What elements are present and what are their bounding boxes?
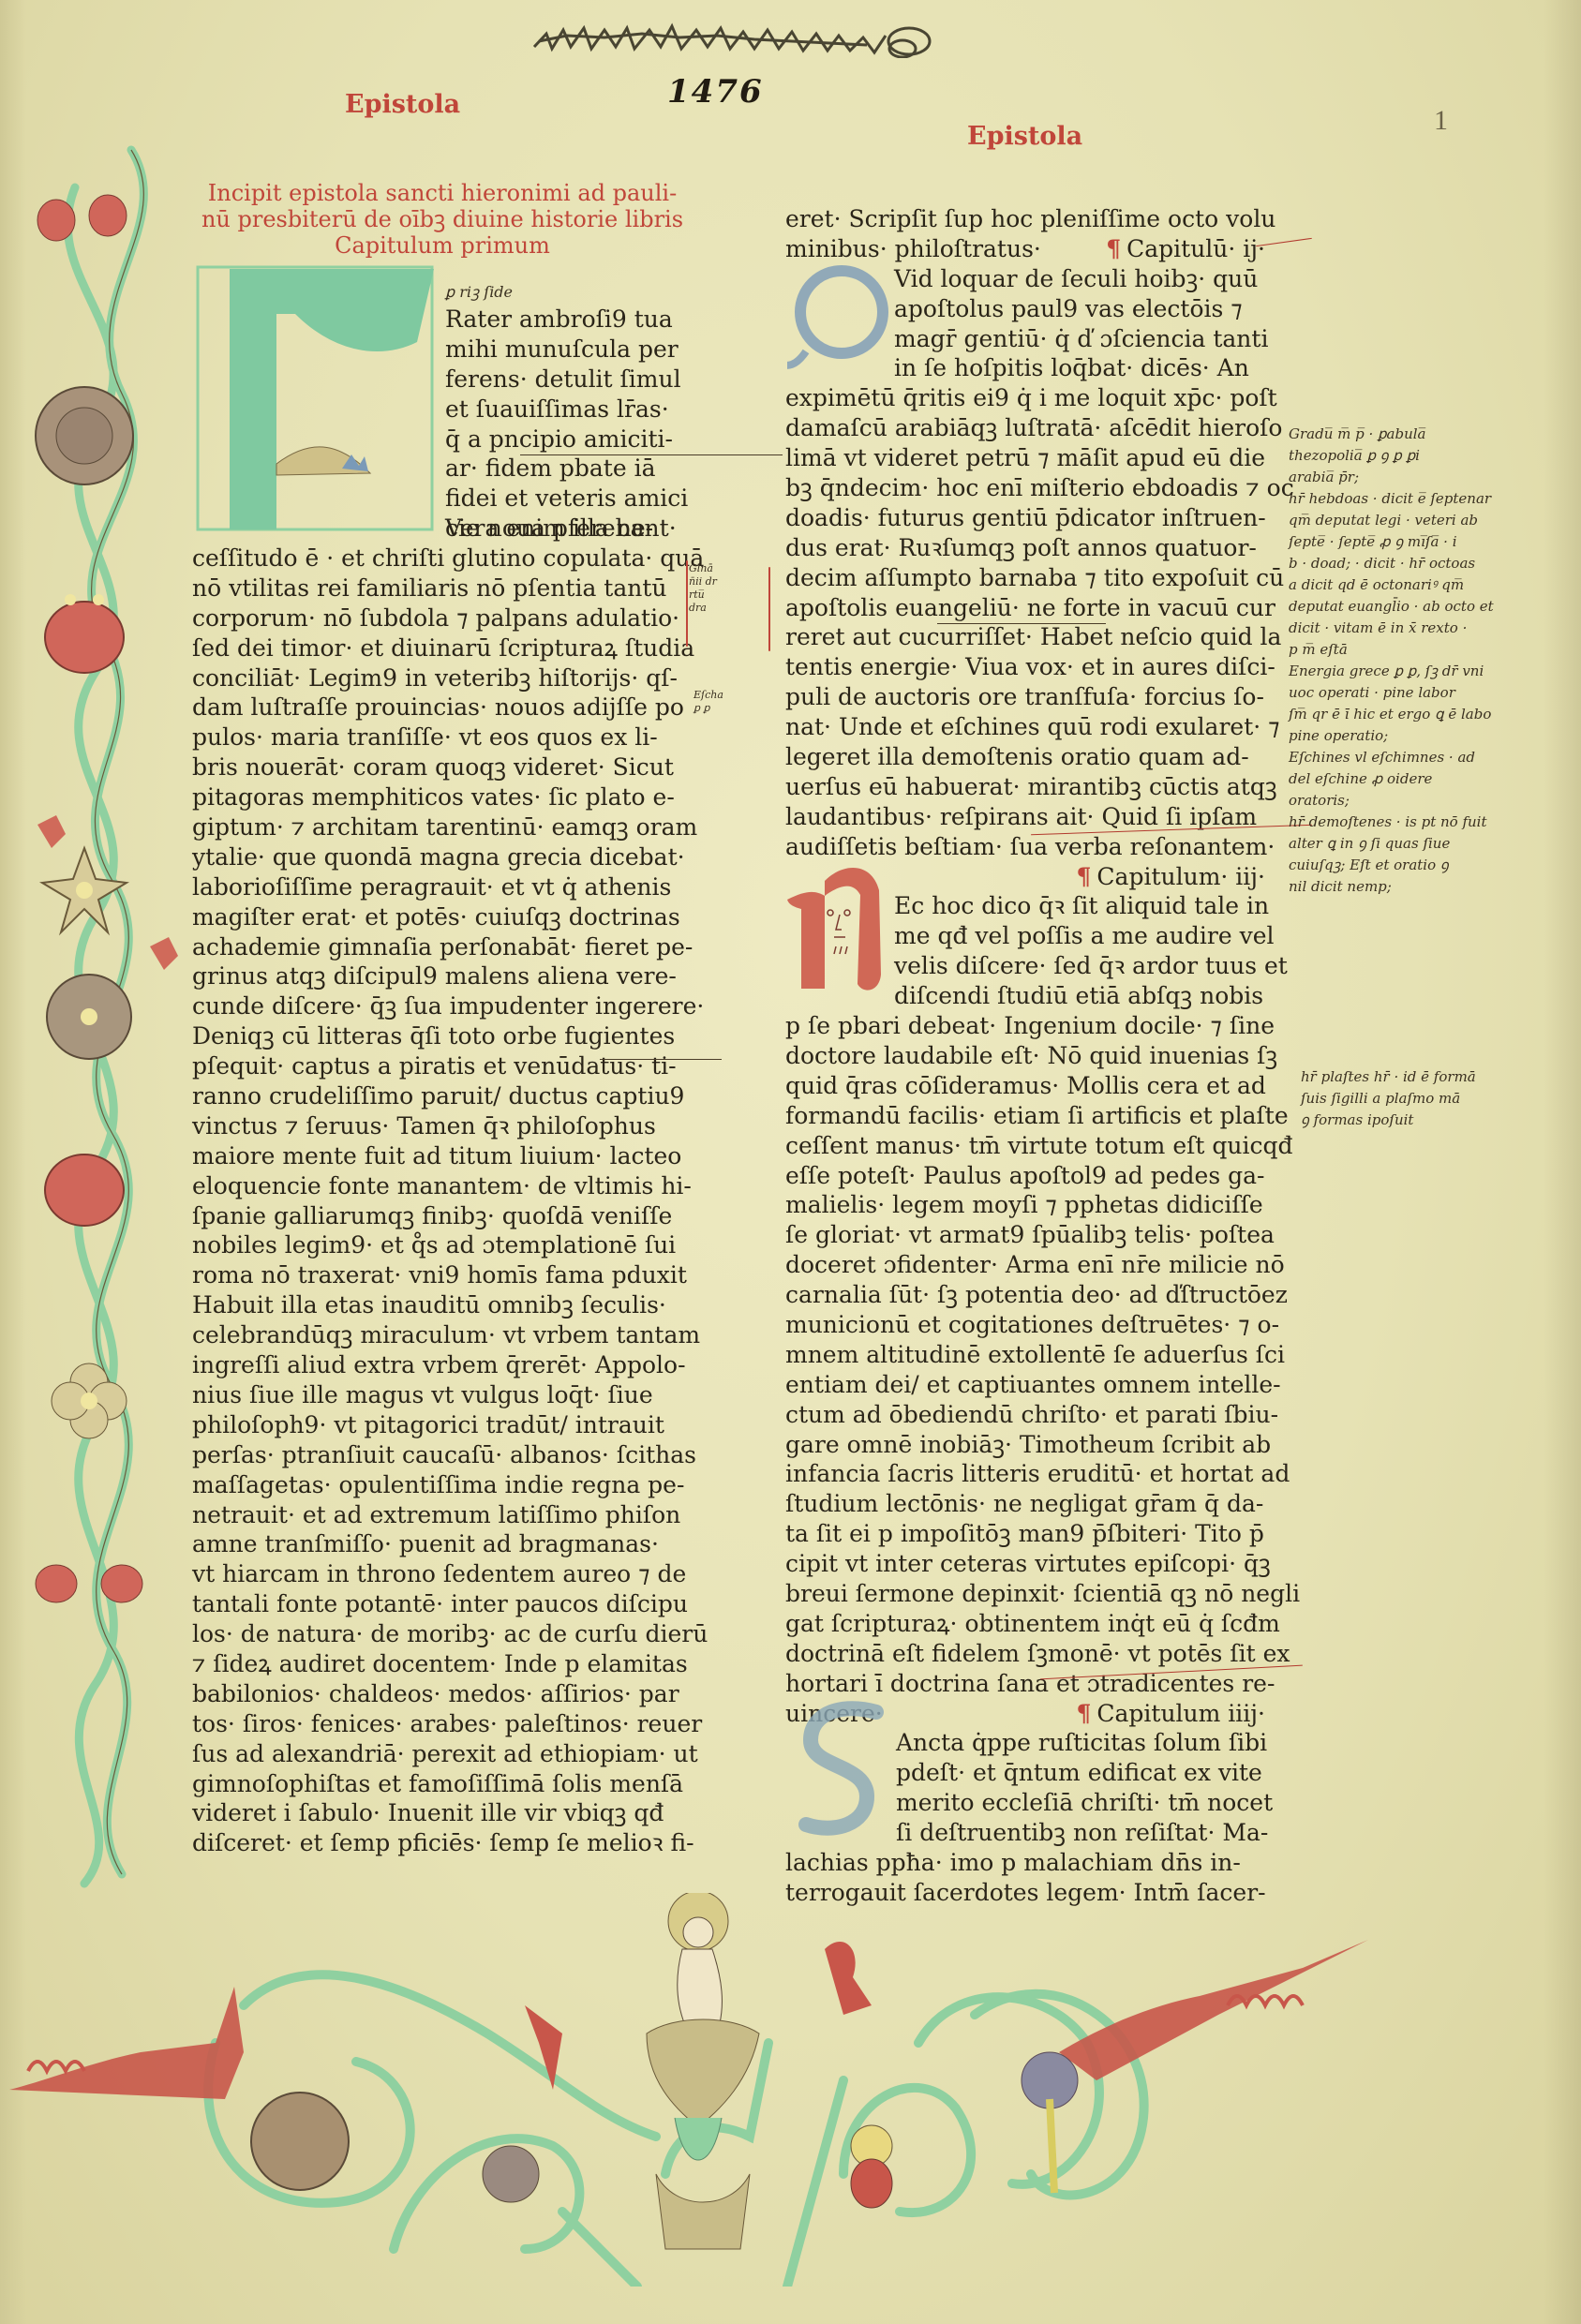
pilcrow-icon: ¶ bbox=[1077, 863, 1092, 890]
text-line: conciliāt· Legim9 in veteribꝫ hiſtorijs·… bbox=[192, 663, 679, 693]
text-line: celebrandūqꝫ miraculum· vt vrbem tantam bbox=[192, 1320, 679, 1350]
marginal-note-line: a dicit qd ē octonariꝰ qm̅ bbox=[1289, 574, 1570, 596]
text-line: mnem altitudinē extollentē ſe aduerſus ſ… bbox=[785, 1340, 1273, 1370]
marginal-note-line: rtu̅ bbox=[689, 588, 717, 602]
text-line: carnalia ſūt· ſꝫ potentia deo· ad ďſtruc… bbox=[785, 1280, 1273, 1310]
underline-annotation bbox=[600, 1059, 722, 1060]
text-line: pſequit· captus a piratis et venūdatus· … bbox=[192, 1051, 679, 1081]
text-line: reret aut cucurriſſet· Habet neſcio quid… bbox=[785, 622, 1273, 652]
initial-letter-n bbox=[768, 853, 895, 998]
marginal-note-line: dicit · vitam ē in x̄ rexto · bbox=[1289, 618, 1570, 639]
marginal-note-line: p m̅ eſtā bbox=[1289, 639, 1570, 661]
text-line: pitagoras memphiticos vates· ſic plato e… bbox=[192, 782, 679, 812]
text-line: ſed dei timor· et diuinarū ſcripturaꝝ ſt… bbox=[192, 633, 679, 663]
marginal-note-line: Eſchines vl eſchimnes · ad bbox=[1289, 747, 1570, 768]
text-line: apoſtolis euangeliū· ne forte in vacuū c… bbox=[785, 593, 1273, 623]
text-line: diſceret· et ſemp pficiēs· ſemp ſe melio… bbox=[192, 1828, 679, 1858]
text-line: damaſcū arabiāqꝫ luſtratā· aſcēdit hiero… bbox=[785, 413, 1273, 443]
initial-letter-s bbox=[787, 1698, 890, 1839]
text-line: breui ſermone depinxit· ſcientiā qꝫ nō n… bbox=[785, 1579, 1273, 1609]
marginal-note-line: arabia̅ p̄r; bbox=[1289, 467, 1570, 488]
text-line: ſtudium lectōnis· ne negligat gr̄am q̄ d… bbox=[785, 1489, 1273, 1519]
left-column-beside-initial-last: Vera enim illa ne- bbox=[445, 514, 679, 544]
red-bracket-right bbox=[768, 567, 770, 651]
text-line: gat ſcripturaꝝ· obtinentem inq̇t eū q̇ ſ… bbox=[785, 1609, 1273, 1639]
page-edge-shadow bbox=[1544, 0, 1581, 2324]
bottom-floral-border bbox=[0, 1893, 1406, 2287]
text-line: grinus atqꝫ diſcipul9 malens aliena vere… bbox=[192, 961, 679, 991]
marginal-note-line: hr̄ plaſtes hr̄ · id ē formā bbox=[1301, 1066, 1573, 1088]
underline-annotation bbox=[937, 623, 1106, 624]
text-line: perſas· ptranſiuit caucaſū· albanos· ſci… bbox=[192, 1440, 679, 1470]
marginal-note-line: ꝯ formas ipoſuit bbox=[1301, 1110, 1573, 1131]
text-line: eret· Scripſit ſup hoc pleniſſime octo v… bbox=[785, 204, 1273, 234]
marginal-note-line: Gradu̅ m̅ p̅ · ꝑabula̅ bbox=[1289, 424, 1570, 445]
marginal-note-line: nil dicit nemp; bbox=[1289, 876, 1570, 898]
marginal-note-line: cuiuſqꝫ; Eſt et oratio ꝯ bbox=[1289, 855, 1570, 876]
text-line: eſſe poteſt· Paulus apoſtol9 ad pedes ga… bbox=[785, 1161, 1273, 1191]
text-line: ranno crudeliſſimo paruit/ ductus captiu… bbox=[192, 1081, 679, 1111]
text-line: q̄ a pncipio amiciti- bbox=[445, 425, 679, 454]
marginal-note-line: Glnā bbox=[689, 562, 717, 575]
text-line: expimētū q̄ritis ei9 q̇ i me loquit xp̄c… bbox=[785, 383, 1273, 413]
text-line: gimnoſophiſtas et famoſiſſimā ſolis menſ… bbox=[192, 1769, 679, 1799]
text-line: bris nouerāt· coram quoqꝫ videret· Sicut bbox=[192, 752, 679, 782]
text-line: entiam dei/ et captiuantes omnem intelle… bbox=[785, 1370, 1273, 1400]
text-line: doceret ɔfidenter· Arma enī nr̄e milicie… bbox=[785, 1250, 1273, 1280]
text-line: roma nō traxerat· vni9 homīs fama pduxit bbox=[192, 1260, 679, 1290]
text-line: infancia ſacris litteris eruditū· et hor… bbox=[785, 1459, 1273, 1489]
text-line: formandū facilis· etiam ſi artificis et … bbox=[785, 1101, 1273, 1131]
text-line: dam luſtraſſe prouincias· nouos adijſſe … bbox=[192, 693, 679, 723]
chapter-heading-text: Capitulum· iij· bbox=[1096, 863, 1265, 890]
text-line: Deniqꝫ cū litteras q̄ſi toto orbe fugien… bbox=[192, 1021, 679, 1051]
left-column-beside-initial: Rater ambroſi9 tua mihi munuſcula per fe… bbox=[445, 305, 679, 544]
initial-letter-q bbox=[787, 258, 900, 370]
text-line: uerſus eū habuerat· mirantibꝫ cūctis atq… bbox=[785, 772, 1273, 802]
marginal-note-line: thezopolia̅ ꝑ ꝯ ꝑ ꝑi bbox=[1289, 445, 1570, 467]
running-head-right: Epistola bbox=[967, 122, 1082, 151]
text-line: ctum ad ōbediendū chriſto· et parati ſbi… bbox=[785, 1400, 1273, 1430]
right-margin-commentary-lower: hr̄ plaſtes hr̄ · id ē formā ſuis ſigill… bbox=[1301, 1066, 1573, 1131]
text-line: lachias ppħa· imo p malachiam dn̄s in- bbox=[785, 1848, 1273, 1878]
marginal-note-line: Eſcha bbox=[694, 689, 723, 702]
crossed-out-inscription bbox=[529, 21, 942, 58]
marginal-note-line: ꝑ ꝑ bbox=[694, 702, 723, 715]
text-line: ⁊ ſideꝝ audiret docentem· Inde p elamita… bbox=[192, 1649, 679, 1679]
text-line: dus erat· Ruꝛſumqꝫ poſt annos quatuor- bbox=[785, 533, 1273, 563]
text-line: Vera enim illa ne- bbox=[445, 514, 679, 544]
left-column-text: ceſſitudo ē · et chriſti glutino copulat… bbox=[192, 544, 679, 1858]
text-line: legeret illa demoſtenis oratio quam ad- bbox=[785, 742, 1273, 772]
marginal-note-line: hr̄ hebdoas · dicit e̅ ſeptenar bbox=[1289, 488, 1570, 510]
chapter-2-heading: ¶Capitulū· ij· bbox=[1106, 234, 1273, 264]
pilcrow-icon: ¶ bbox=[1106, 235, 1121, 262]
marginal-note-line: qm̅ deputat legi · veteri ab bbox=[1289, 510, 1570, 531]
text-line: laudantibus· reſpirans ait· Quid ſi ipſa… bbox=[785, 802, 1273, 832]
text-line: doctore laudabile eſt· Nō quid inuenias … bbox=[785, 1041, 1273, 1071]
text-line: ferens· detulit ſimul bbox=[445, 365, 679, 395]
text-line: ar· fidem pbate iā bbox=[445, 454, 679, 484]
text-line: tantali fonte potantē· inter paucos diſc… bbox=[192, 1589, 679, 1619]
gutter-note-bracketed: Glnā n̄ii dr rtu̅ dra bbox=[689, 562, 717, 615]
marginal-note-line: pine operatio; bbox=[1289, 725, 1570, 747]
text-line: hortari ī doctrina ſana et ɔtradicentes … bbox=[785, 1669, 1273, 1699]
text-line: ſus ad alexandriā· perexit ad ethiopiam·… bbox=[192, 1739, 679, 1769]
text-line: doctrinā eſt fidelem ſꝫmonē· vt potēs ſi… bbox=[785, 1639, 1273, 1669]
text-line: ceſſent manus· tm̄ virtute totum eſt qui… bbox=[785, 1131, 1273, 1161]
text-line: eloquencie fonte manantem· de vltimis hi… bbox=[192, 1171, 679, 1201]
pilcrow-icon: ¶ bbox=[1076, 1700, 1091, 1727]
text-line: et ſuauiſſimas lr̄as· bbox=[445, 395, 679, 425]
wild-man-figure bbox=[647, 1893, 759, 2249]
text-line: laborioſiſſime peragrauit· et vt q̇ athe… bbox=[192, 872, 679, 902]
text-line: nat· Unde et eſchines quū rodi exularet·… bbox=[785, 712, 1273, 742]
text-line: bꝫ q̄ndecim· hoc enī miſterio ebdoadis ⁊… bbox=[785, 473, 1273, 503]
running-head-left: Epistola bbox=[345, 90, 460, 119]
marginal-note-line: Energia grece ꝑ ꝑ, ſꝫ dr̄ vni bbox=[1289, 661, 1570, 682]
year-annotation: 1476 bbox=[667, 73, 764, 111]
face-drawing bbox=[828, 910, 850, 954]
text-line: ſe gloriat· vt armat9 ſpūalibꝫ telis· po… bbox=[785, 1220, 1273, 1250]
margin-note-above-text: ꝑ riꝫ ſide bbox=[445, 281, 513, 302]
chapter-heading-text: Capitulum iiij· bbox=[1096, 1700, 1265, 1727]
text-line: ceſſitudo ē · et chriſti glutino copulat… bbox=[192, 544, 679, 574]
text-line: mihi munuſcula per bbox=[445, 335, 679, 365]
text-line: pulos· maria tranſiſſe· vt eos quos ex l… bbox=[192, 723, 679, 752]
marginal-note-line: ſuis ſigilli a plaſmo mā bbox=[1301, 1088, 1573, 1110]
text-line: ſpanie galliarumqꝫ finibꝫ· quoſdā veniſſ… bbox=[192, 1201, 679, 1231]
text-line: tos· ſiros· fenices· arabes· paleſtinos·… bbox=[192, 1709, 679, 1739]
text-line: cipit vt inter ceteras virtutes epiſcopi… bbox=[785, 1549, 1273, 1579]
marginal-note-line: uoc operati · pine labor bbox=[1289, 682, 1570, 704]
text-line: los· de natura· de moribꝫ· ac de curſu d… bbox=[192, 1619, 679, 1649]
text-line: limā vt videret petrū ⁊ māſit apud eū di… bbox=[785, 443, 1273, 473]
text-line: magiſter erat· et potēs· cuiuſqꝫ doctrin… bbox=[192, 902, 679, 932]
text-line: p ſe pbari debeat· Ingenium docile· ⁊ ſi… bbox=[785, 1011, 1273, 1041]
incipit-rubric: Incipit epistola sancti hieronimi ad pau… bbox=[199, 180, 686, 259]
text-line: municionū et cogitationes deſtruētes· ⁊ … bbox=[785, 1310, 1273, 1340]
gutter-note: Eſcha ꝑ ꝑ bbox=[694, 689, 723, 715]
marginal-note-line: deputat euangl̄io · ab octo et bbox=[1289, 596, 1570, 618]
incipit-line: Capitulum primum bbox=[199, 232, 686, 259]
right-margin-commentary: Gradu̅ m̅ p̅ · ꝑabula̅ thezopolia̅ ꝑ ꝯ ꝑ… bbox=[1289, 424, 1570, 898]
text-line: achademie gimnaſia perſonabāt· fieret pe… bbox=[192, 932, 679, 962]
marginal-note-line: dra bbox=[689, 602, 717, 615]
text-line: decim aſſumpto barnaba ⁊ tito expoſuit c… bbox=[785, 563, 1273, 593]
text-line: maſſagetas· opulentiſſima indie regna pe… bbox=[192, 1470, 679, 1500]
text-line: quid q̄ras cōſideramus· Mollis cera et a… bbox=[785, 1071, 1273, 1101]
text-line: vt hiarcam in throno ſedentem aureo ⁊ de bbox=[192, 1559, 679, 1589]
marginal-note-line: ſepte̅ · ſepte̅ ꝓ ꝯ mi̅ſa̅ · i bbox=[1289, 531, 1570, 553]
chapter-heading-text: Capitulū· ij· bbox=[1126, 235, 1265, 262]
marginal-note-line: del eſchine ꝓ oidere bbox=[1289, 768, 1570, 790]
text-line: philoſoph9· vt pitagorici tradūt/ intrau… bbox=[192, 1410, 679, 1440]
marginal-note-line: oratoris; bbox=[1289, 790, 1570, 812]
text-line: giptum· ⁊ architam tarentinū· eamqꝫ oram bbox=[192, 812, 679, 842]
carnation-ornament bbox=[251, 2093, 349, 2190]
text-line: malielis· legem moyſi ⁊ pphetas didiciſſ… bbox=[785, 1190, 1273, 1220]
text-line: puli de auctoris ore tranſfuſa· forcius … bbox=[785, 682, 1273, 712]
text-line: nō vtilitas rei familiaris nō pſentia ta… bbox=[192, 574, 679, 603]
right-column-text: eret· Scripſit ſup hoc pleniſſime octo v… bbox=[785, 204, 1273, 1908]
marginal-note-line: hr̄ demoſtenes · is pt nō fuit bbox=[1289, 812, 1570, 833]
text-line: corporum· nō ſubdola ⁊ palpans adulatio· bbox=[192, 603, 679, 633]
text-line: nobiles legim9· et q̊s ad ɔtemplationē ſ… bbox=[192, 1230, 679, 1260]
carnation-small bbox=[483, 2146, 539, 2202]
text-line: gare omnē inobiāꝫ· Timotheum ſcribit ab bbox=[785, 1430, 1273, 1460]
folio-number: 1 bbox=[1434, 105, 1448, 137]
text-line: Rater ambroſi9 tua bbox=[445, 305, 679, 335]
left-floral-border bbox=[19, 112, 192, 1893]
text-line: netrauit· et ad extremum latiſſimo phiſo… bbox=[192, 1500, 679, 1530]
text-line: ta ſit ei p impoſitōꝫ man9 p̄ſbiteri· Ti… bbox=[785, 1519, 1273, 1549]
text-line: ingreſſi aliud extra vrbem q̄rerēt· Appo… bbox=[192, 1350, 679, 1380]
text-line: amne tranſmiſſo· puenit ad bragmanas· bbox=[192, 1529, 679, 1559]
text-line: vinctus ⁊ ſeruus· Tamen q̄ꝛ philoſophus bbox=[192, 1111, 679, 1141]
underline-annotation bbox=[520, 454, 783, 455]
text-line: nius ſiue ille magus vt vulgus loq̄t· ſi… bbox=[192, 1380, 679, 1410]
marginal-note-line: ſm̅ qr ē ī hic et ergo ꝗ ē labo bbox=[1289, 704, 1570, 725]
text-line: cunde diſcere· q̄ꝫ ſua impudenter ingere… bbox=[192, 991, 679, 1021]
marginal-note-line: b · doad; · dicit · hr̄ octoas bbox=[1289, 553, 1570, 574]
rose-ornament bbox=[36, 387, 133, 484]
text-line: maiore mente fuit ad titum liuium· lacte… bbox=[192, 1141, 679, 1171]
text-line: ytalie· que quondā magna grecia dicebat· bbox=[192, 842, 679, 872]
red-bracket-left bbox=[686, 560, 688, 647]
chapter-4-heading: ¶Capitulum iiij· bbox=[1076, 1699, 1273, 1729]
text-line: tentis energie· Viua vox· et in aures di… bbox=[785, 652, 1273, 682]
marginal-note-line: n̄ii dr bbox=[689, 575, 717, 588]
text-line: videret i ſabulo· Inuenit ille vir vbiqꝫ… bbox=[192, 1798, 679, 1828]
incipit-line: nū presbiterū de oībꝫ diuine historie li… bbox=[199, 206, 686, 232]
text-line: babilonios· chaldeos· medos· aſſirios· p… bbox=[192, 1679, 679, 1709]
incipit-line: Incipit epistola sancti hieronimi ad pau… bbox=[199, 180, 686, 206]
text-line: fidei et veteris amici bbox=[445, 484, 679, 514]
text-line: Habuit illa etas inauditū omnibꝫ ſeculis… bbox=[192, 1290, 679, 1320]
text-line: doadis· futurus gentiū p̄dicator inſtrue… bbox=[785, 503, 1273, 533]
columbine-ornament bbox=[851, 2125, 892, 2208]
initial-letter-f bbox=[192, 258, 440, 539]
marginal-note-line: alter ꝗ in ꝯ ſi quas ſiue bbox=[1289, 833, 1570, 855]
